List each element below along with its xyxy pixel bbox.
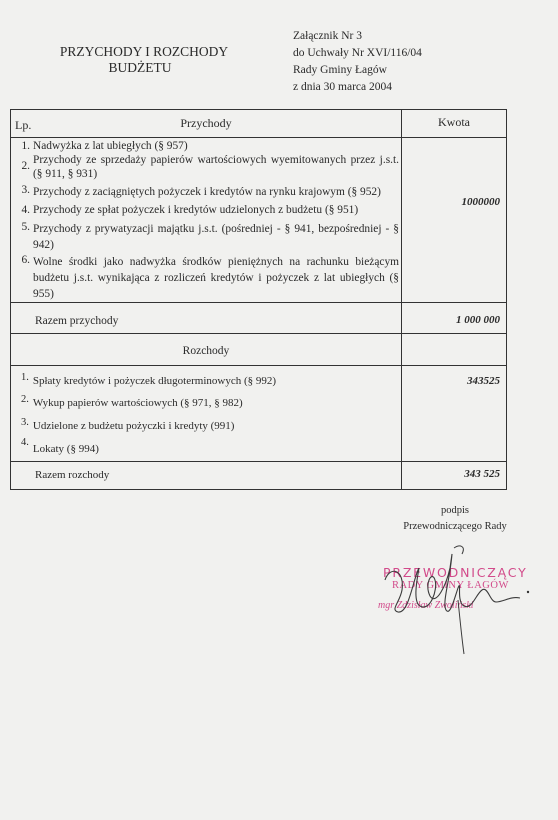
revenue-total-label: Razem przychody	[35, 315, 118, 328]
row-divider	[11, 333, 506, 334]
annex-line-1: Załącznik Nr 3	[293, 28, 422, 45]
expense-item: 3.Udzielone z budżetu pożyczki i kredyty…	[21, 420, 234, 432]
row-divider	[11, 137, 506, 138]
expense-header: Rozchody	[11, 345, 401, 358]
expense-item: 4.Lokaty (§ 994)	[21, 443, 99, 455]
document-title: PRZYCHODY I ROZCHODY BUDŻETU	[0, 44, 280, 76]
column-divider	[401, 110, 402, 489]
annex-line-2: do Uchwały Nr XVI/116/04	[293, 45, 422, 62]
expense-total-label: Razem rozchody	[35, 469, 109, 482]
revenue-item: 6. Wolne środki jako nadwyżka środków pi…	[16, 254, 399, 302]
revenue-item: 1. Nadwyżka z lat ubiegłych (§ 957)	[16, 140, 399, 153]
handwritten-signature-icon	[380, 540, 540, 660]
signature-role: Przewodniczącego Rady	[380, 521, 530, 532]
annex-line-3: Rady Gminy Łagów	[293, 62, 422, 79]
annex-header: Załącznik Nr 3 do Uchwały Nr XVI/116/04 …	[293, 28, 422, 96]
budget-table: Lp. Przychody Kwota 1. Nadwyżka z lat ub…	[10, 109, 507, 490]
expense-amount: 343525	[467, 375, 500, 388]
expense-item: 1.Spłaty kredytów i pożyczek długotermin…	[21, 375, 276, 387]
header-revenue: Przychody	[11, 117, 401, 130]
title-line-1: PRZYCHODY I ROZCHODY	[0, 44, 280, 60]
row-divider	[11, 365, 506, 366]
revenue-item: 5. Przychody z prywatyzacji majątku j.s.…	[16, 221, 399, 253]
expense-item: 2.Wykup papierów wartościowych (§ 971, §…	[21, 397, 243, 409]
revenue-list: 1. Nadwyżka z lat ubiegłych (§ 957) 2. P…	[16, 140, 399, 302]
annex-line-4: z dnia 30 marca 2004	[293, 79, 422, 96]
revenue-item: 3. Przychody z zaciągniętych pożyczek i …	[16, 184, 399, 200]
title-line-2: BUDŻETU	[0, 60, 280, 76]
revenue-total: 1 000 000	[456, 314, 500, 327]
signature-label: podpis	[400, 505, 510, 516]
revenue-item: 4. Przychody ze spłat pożyczek i kredytó…	[16, 204, 399, 217]
row-divider	[11, 302, 506, 303]
header-amount: Kwota	[401, 116, 507, 129]
revenue-amount: 1000000	[462, 196, 501, 209]
row-divider	[11, 461, 506, 462]
expense-total: 343 525	[464, 468, 500, 481]
revenue-item: 2. Przychody ze sprzedaży papierów warto…	[16, 153, 399, 181]
